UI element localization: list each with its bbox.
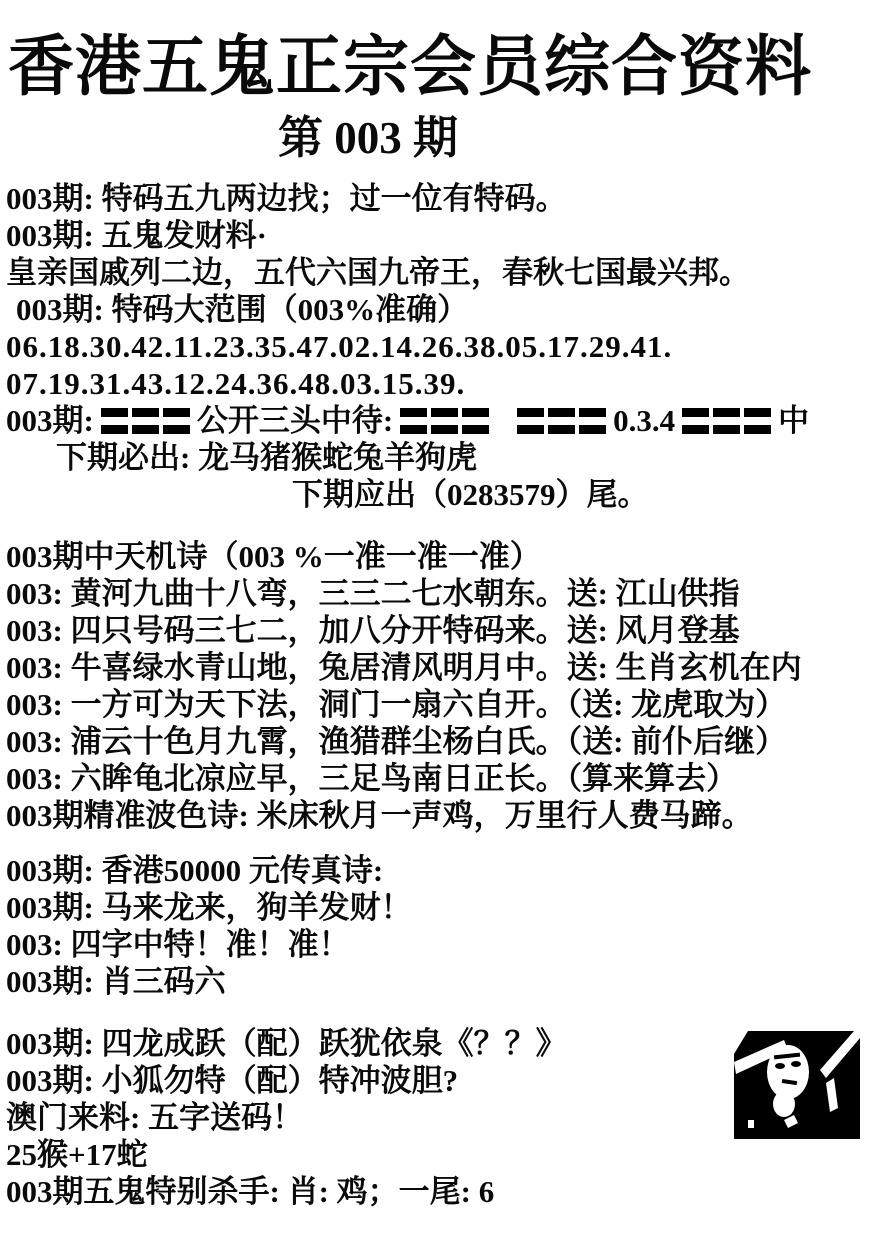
poem-line: 003: 四只号码三七二，加八分开特码来。送: 风月登基	[0, 612, 875, 649]
wave-color-poem-line: 003期精准波色诗: 米床秋月一声鸡，万里行人费马蹄。	[0, 797, 875, 834]
page-title: 香港五鬼正宗会员综合资料	[8, 26, 875, 110]
issue-number: 第 003 期	[278, 110, 875, 166]
poem-line: 003: 黄河九曲十八弯，三三二七水朝东。送: 江山供指	[0, 575, 875, 612]
next-issue-must-line: 下期必出: 龙马猪猴蛇兔羊狗虎	[0, 439, 875, 476]
open-three-heads-line: 003期: 公开三头中待: 0.3.4 中	[0, 402, 875, 439]
intro-line: 003期: 特码五九两边找；过一位有特码。	[0, 180, 875, 217]
intro-line: 皇亲国戚列二边，五代六国九帝王，春秋七国最兴邦。	[0, 254, 875, 291]
intro-line: 003期: 五鬼发财料·	[0, 217, 875, 254]
poem-line: 003: 浦云十色月九霄，渔猎群尘杨白氏。（送: 前仆后继）	[0, 723, 875, 760]
redacted-block-icon	[515, 408, 608, 434]
tianji-poem-section: 003期中天机诗（003 %一准一准一准） 003: 黄河九曲十八弯，三三二七水…	[0, 538, 875, 834]
poem-line: 003: 一方可为天下法，洞门一扇六自开。（送: 龙虎取为）	[0, 686, 875, 723]
number-range-line: 07.19.31.43.12.24.36.48.03.15.39.	[0, 365, 875, 402]
killer-line: 003期五鬼特别杀手: 肖: 鸡；一尾: 6	[0, 1173, 875, 1210]
intro-line: 003期: 特码大范围（003%准确）	[0, 291, 875, 328]
number-range-line: 06.18.30.42.11.23.35.47.02.14.26.38.05.1…	[0, 328, 875, 365]
line-prefix: 003期:	[6, 402, 94, 439]
fax-line: 003: 四字中特！准！准！	[0, 926, 875, 963]
redacted-block-icon	[680, 408, 773, 434]
next-issue-should-line: 下期应出（0283579）尾。	[0, 476, 875, 513]
zodiac-pair-line: 25猴+17蛇	[0, 1136, 875, 1173]
fax-line: 003期: 肖三码六	[0, 963, 875, 1000]
fax-line: 003期: 马来龙来，狗羊发财！	[0, 889, 875, 926]
line-label: 公开三头中待:	[197, 402, 393, 439]
line-suffix: 中	[778, 402, 809, 439]
scanned-sheet: 香港五鬼正宗会员综合资料 第 003 期 003期: 特码五九两边找；过一位有特…	[0, 0, 875, 1238]
fax-line: 003期: 香港50000 元传真诗:	[0, 852, 875, 889]
poem-line: 003: 牛喜绿水青山地，兔居清风明月中。送: 生肖玄机在内	[0, 649, 875, 686]
redacted-block-icon	[398, 408, 491, 434]
poem-header: 003期中天机诗（003 %一准一准一准）	[0, 538, 875, 575]
line-digits: 0.3.4	[613, 402, 675, 439]
redacted-block-icon	[99, 408, 192, 434]
portrait-photo	[722, 1028, 862, 1142]
poem-line: 003: 六眸龟北凉应早，三足鸟南日正长。（算来算去）	[0, 760, 875, 797]
intro-section: 003期: 特码五九两边找；过一位有特码。 003期: 五鬼发财料· 皇亲国戚列…	[0, 180, 875, 402]
fax-poem-section: 003期: 香港50000 元传真诗: 003期: 马来龙来，狗羊发财！ 003…	[0, 852, 875, 1000]
